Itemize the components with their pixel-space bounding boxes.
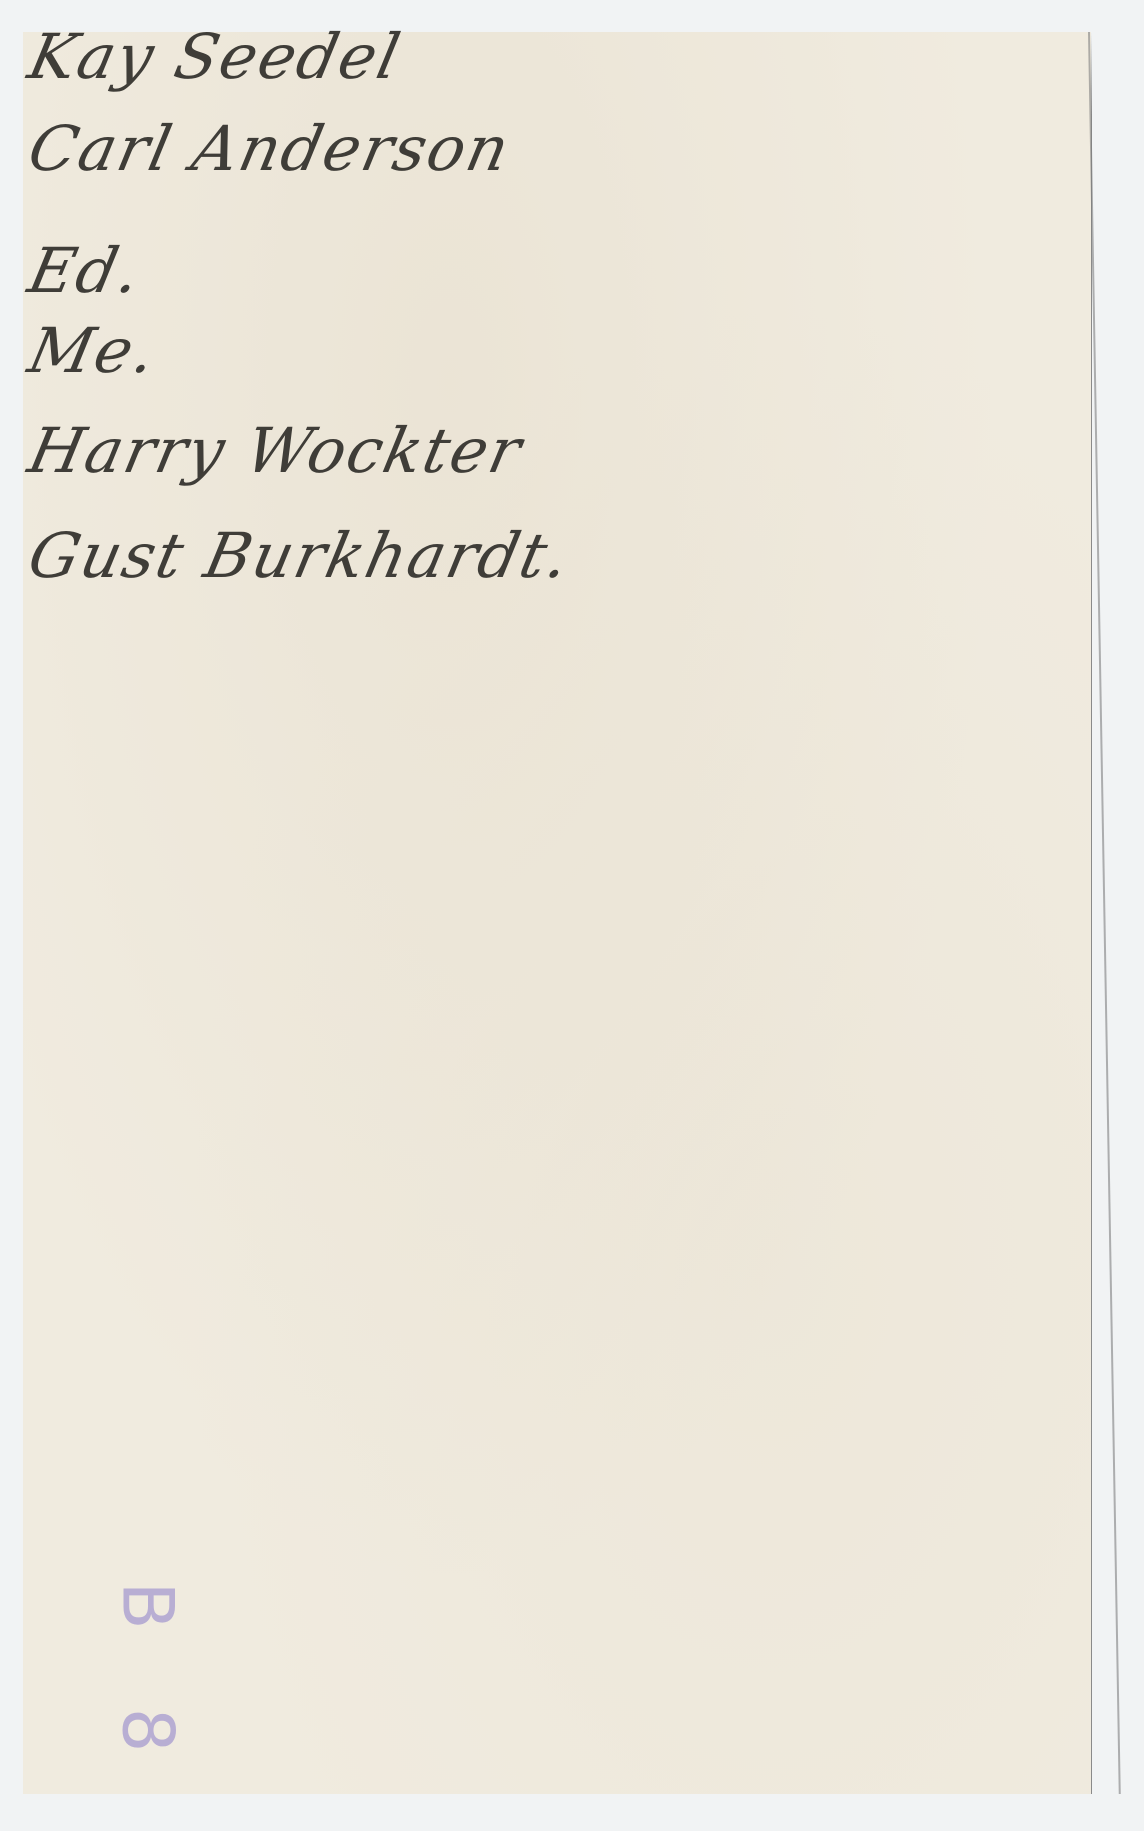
paper-card (23, 32, 1091, 1794)
archive-stamp: B 8 (118, 1560, 198, 1800)
handwritten-line-1: Kay Seedel (23, 26, 406, 88)
stamp-text: B 8 (118, 1582, 188, 1781)
handwritten-line-6: Gust Burkhardt. (23, 525, 576, 587)
handwritten-line-2: Carl Anderson (23, 118, 516, 180)
paper-edge (1088, 32, 1121, 1794)
handwritten-line-4: Me. (23, 320, 162, 382)
handwritten-line-5: Harry Wockter (23, 420, 528, 482)
handwritten-line-3: Ed. (23, 240, 147, 302)
